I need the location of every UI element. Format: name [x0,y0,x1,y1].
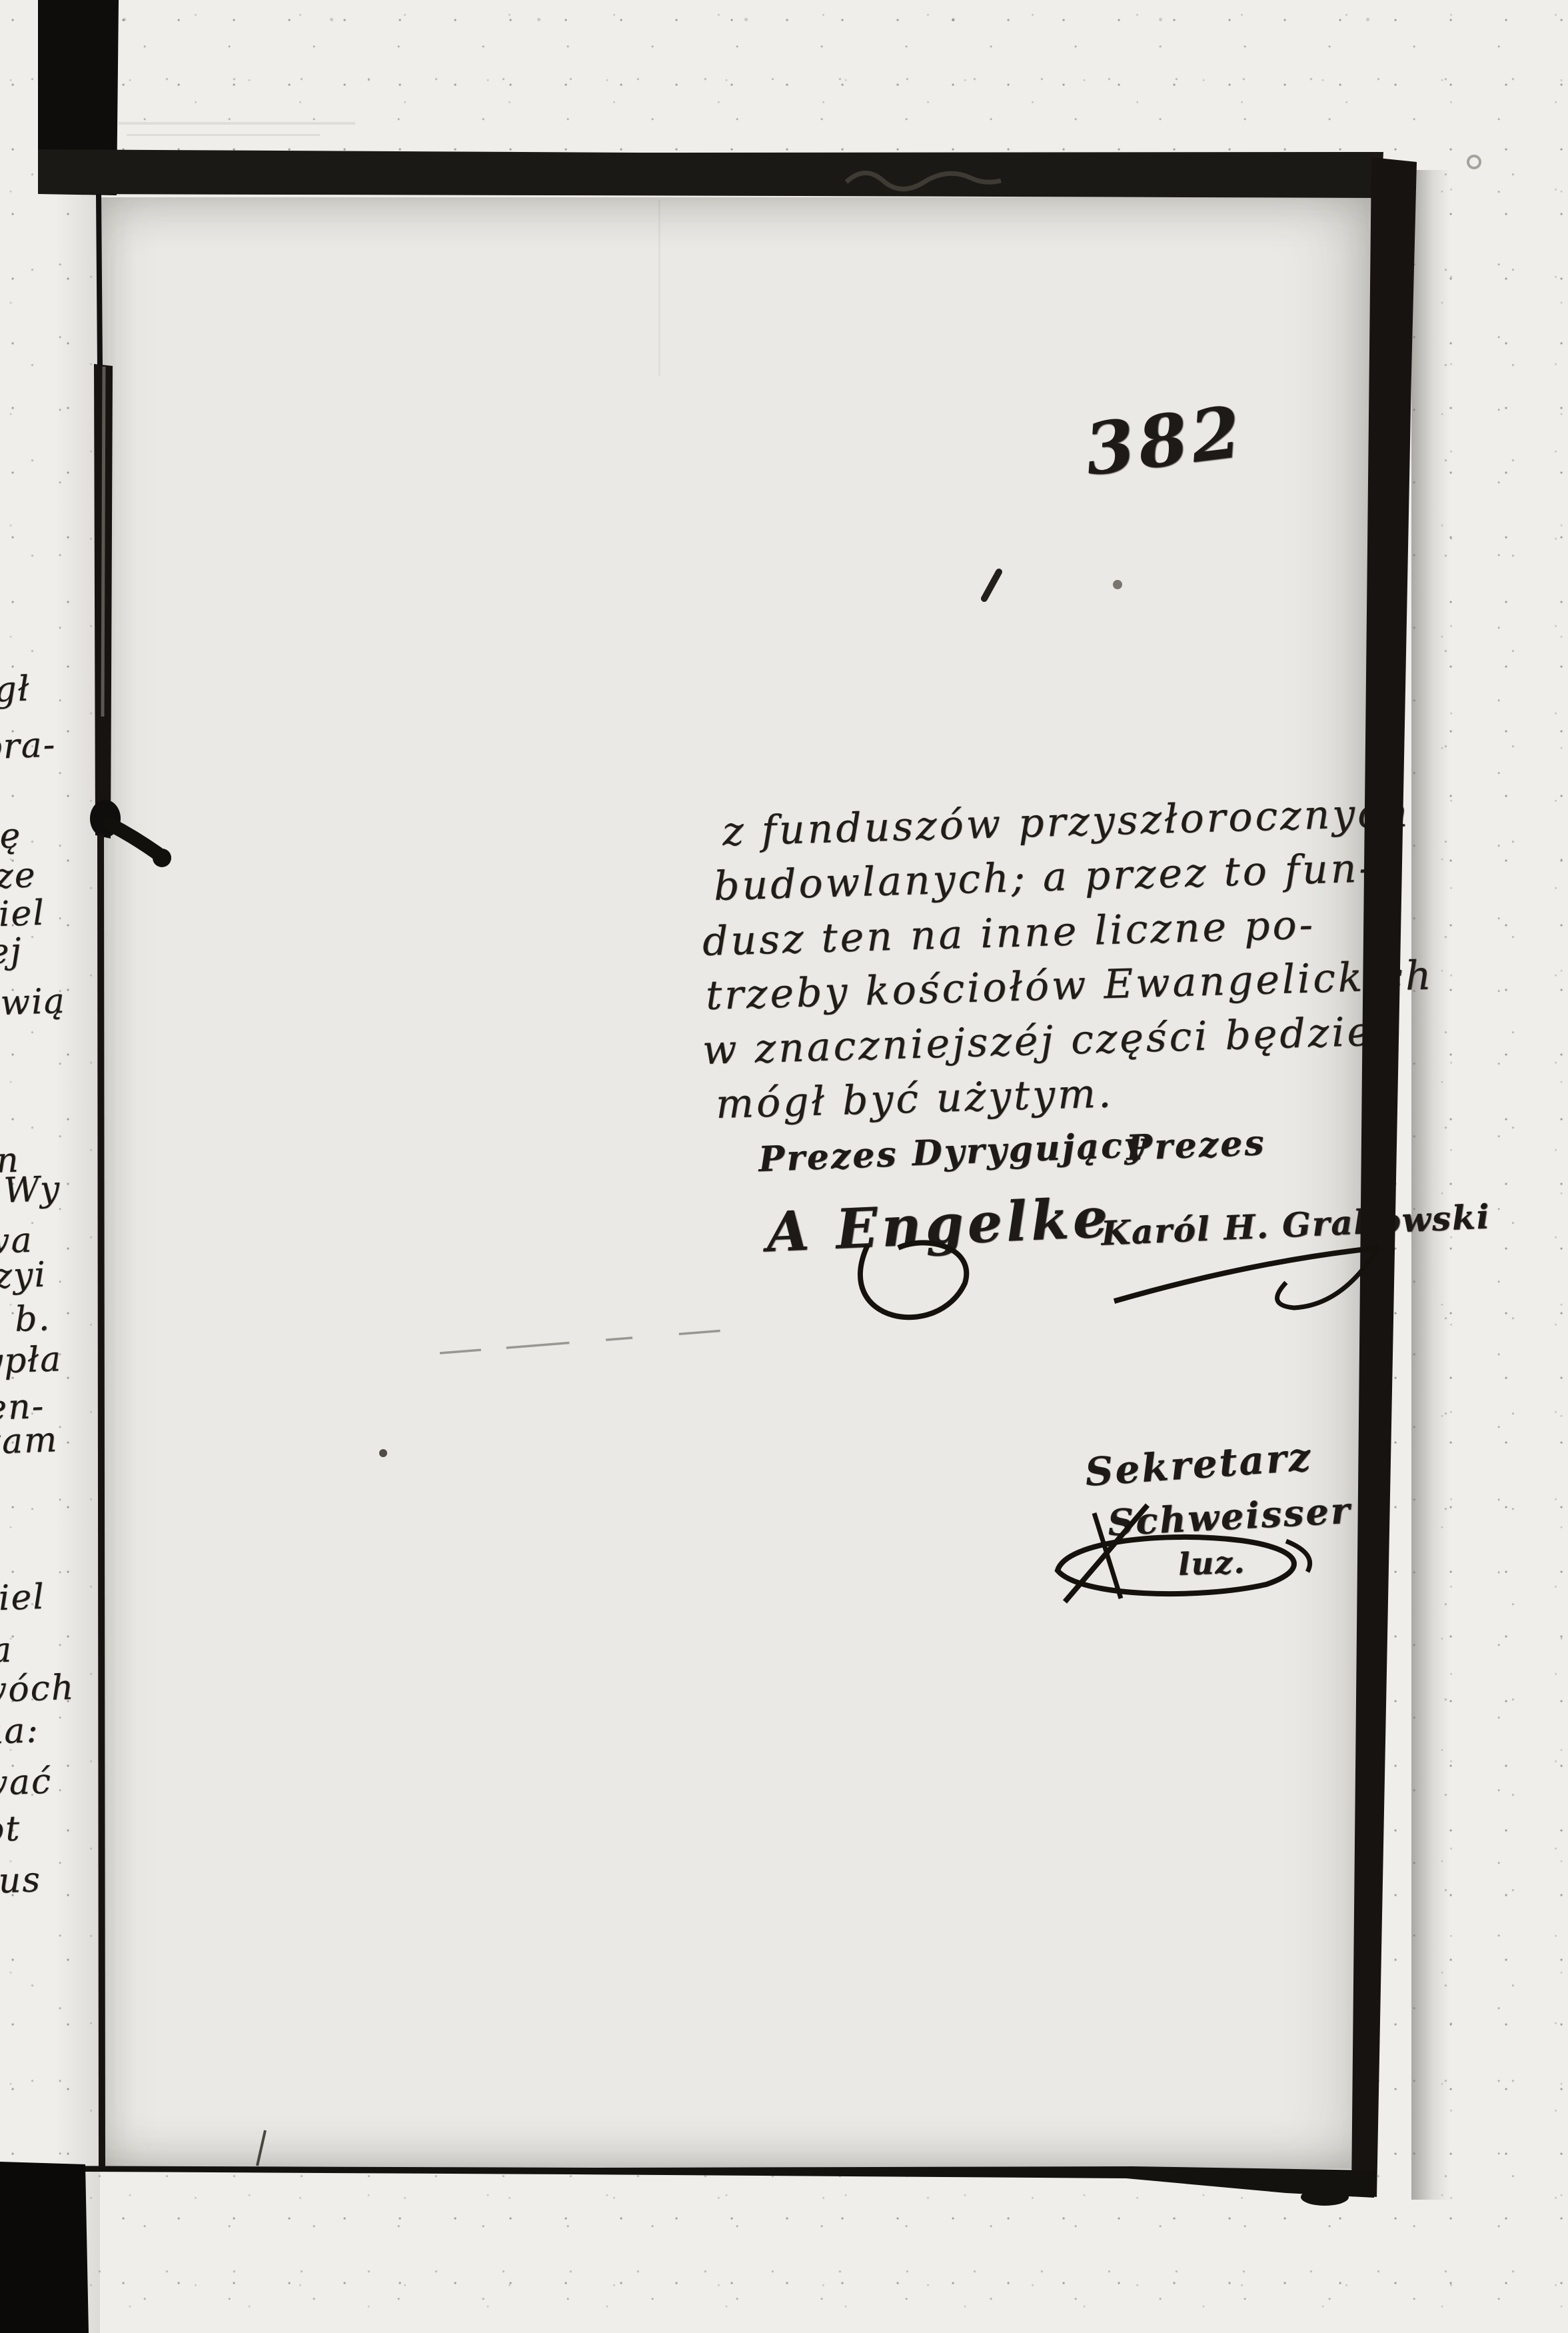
margin-fragment: r. b. [0,1298,51,1341]
margin-fragment: rot [0,1809,21,1851]
margin-fragment: Dwóch [0,1668,75,1712]
margin-fragment: cyzyi [0,1255,47,1298]
margin-fragment: ować [0,1762,53,1805]
bottom-border [0,2166,1377,2198]
margin-fragment: tam [0,1420,59,1462]
margin-fragment: ściel [0,1577,46,1620]
paper-flaw-ring [1468,156,1480,168]
margin-fragment: ściel [0,893,46,936]
page-edge-shadow [1411,170,1450,2200]
scan-streak [119,122,355,125]
margin-fragment: ógł [0,669,31,711]
paper-crease [658,200,660,377]
margin-fragment: yę [0,816,22,857]
margin-fragment: wypła [0,1339,63,1383]
margin-fragment: Dus [0,1860,42,1902]
margin-fragment: ypra- [0,725,57,768]
margin-fragment: a [0,1630,13,1670]
margin-fragment: isze [0,855,37,898]
margin-fragment: a Wy [0,1169,61,1212]
margin-fragment: ska: [0,1710,40,1753]
role-prezes: Prezes [1126,1123,1267,1168]
document-scan: 382 z funduszów przyszłorocznych budowla… [0,0,1568,2333]
secretary-note: luz. [1177,1544,1246,1582]
top-border [38,149,1383,198]
scan-streak [127,134,320,136]
bottom-border-blob [1301,2188,1349,2206]
margin-fragment: iej [0,931,23,973]
show-through-mark [846,173,1001,189]
page-surface [100,197,1374,2169]
margin-fragment: eciwią [0,981,67,1025]
